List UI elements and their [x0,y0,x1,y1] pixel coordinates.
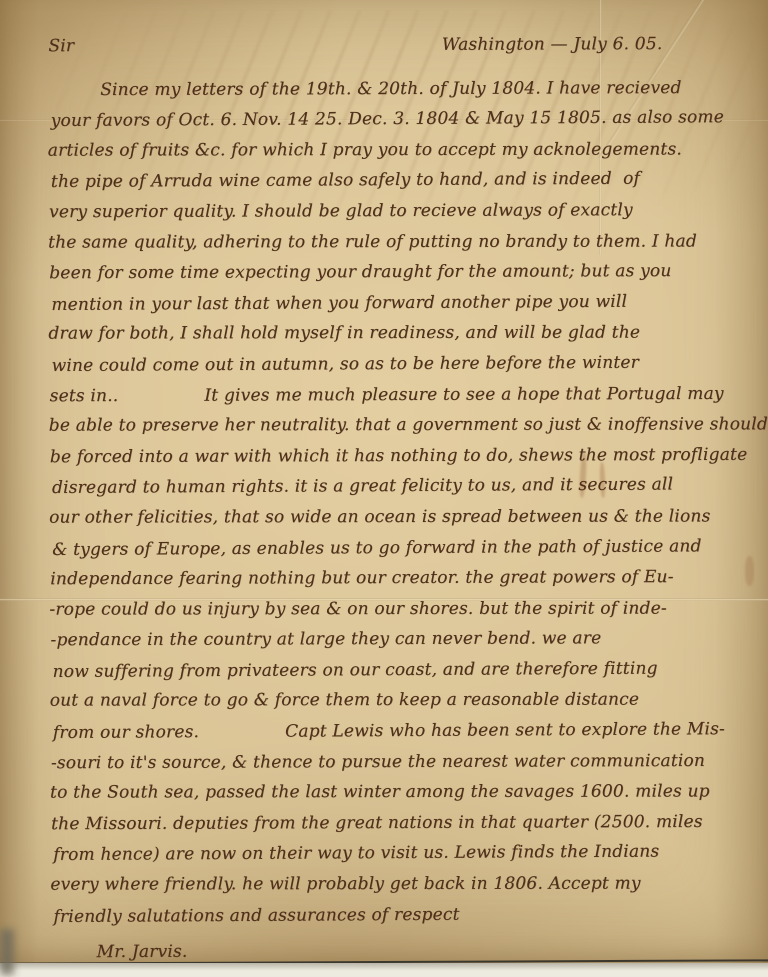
letter-content: Sir Washington — July 6. 05. Since my le… [48,29,757,968]
letter-line: draw for both, I shall hold myself in re… [48,318,755,350]
letter-header: Sir Washington — July 6. 05. [48,29,754,62]
letter-line: the pipe of Arruda wine came also safely… [51,163,755,198]
letter-line: -pendance in the country at large they c… [50,623,756,656]
letter-body: Since my letters of the 19th. & 20th. of… [49,72,758,931]
letter-line: & tygers of Europe, as enables us to go … [52,531,756,566]
letter-line: friendly salutations and assurances of r… [53,898,757,933]
letter-line: very superior quality. I should be glad … [49,195,755,228]
letter-line: be able to preserve her neutrality. that… [49,410,756,442]
letter-line: the Missouri. deputies from the great na… [51,807,757,840]
letter-line: be forced into a war with which it has n… [50,439,756,472]
letter-scan: Sir Washington — July 6. 05. Since my le… [0,0,768,977]
letter-line: out a naval force to go & force them to … [50,685,757,717]
letter-line: now suffering from privateers on our coa… [53,653,757,688]
letter-line: every where friendly. he will probably g… [50,868,757,900]
letter-line: -rope could do us injury by sea & on our… [49,593,756,625]
letter-line: Since my letters of the 19th. & 20th. of… [49,72,755,105]
letter-line: the same quality, adhering to the rule o… [48,226,755,258]
letter-line: -souri to it's source, & thence to pursu… [51,745,757,778]
letter-line: articles of fruits &c. for which I pray … [48,134,755,166]
letter-line: from our shores. Capt Lewis who has been… [53,714,757,749]
corner-shadow [0,929,14,975]
letter-line: mention in your last that when you forwa… [51,286,755,321]
letter-line: independance fearing nothing but our cre… [50,562,756,595]
salutation: Sir [48,31,74,62]
letter-line: to the South sea, passed the last winter… [50,777,757,809]
letter-line: your favors of Oct. 6. Nov. 14 25. Dec. … [51,102,755,137]
letter-line: our other felicities, that so wide an oc… [49,501,756,533]
letter-line: been for some time expecting your draugh… [49,256,755,289]
letter-line: disregard to human rights. it is a great… [52,469,756,504]
letter-line: from hence) are now on their way to visi… [53,836,757,871]
scan-backing [0,963,768,977]
letter-line: wine could come out in autumn, so as to … [51,347,755,382]
letter-line: sets in.. It gives me much pleasure to s… [50,378,756,411]
dateline: Washington — July 6. 05. [442,29,663,60]
